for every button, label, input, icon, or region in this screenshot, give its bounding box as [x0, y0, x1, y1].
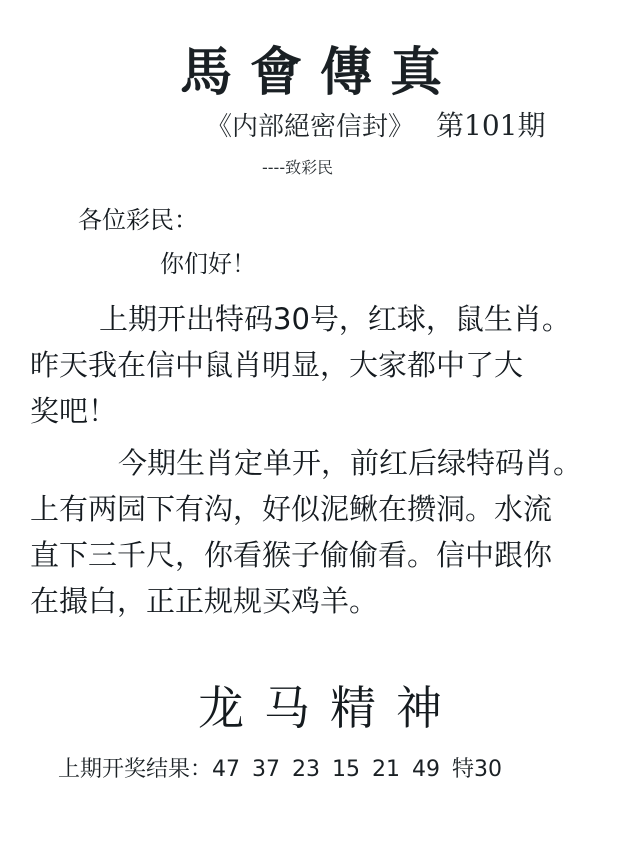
greeting: 各位彩民：	[78, 200, 198, 235]
result-number: 37	[252, 757, 280, 782]
subtitle-line: 《内部絕密信封》第101期	[206, 104, 545, 144]
paragraph-line: 昨天我在信中鼠肖明显，大家都中了大	[30, 342, 610, 388]
result-number: 23	[292, 757, 320, 782]
paragraph-line: 直下三千尺，你看猴子偷偷看。信中跟你	[30, 532, 610, 578]
paragraph-line: 在撮白，正正规规买鸡羊。	[30, 578, 610, 624]
result-label: 上期开奖结果：	[58, 757, 212, 782]
document-title: 馬會傳真	[170, 30, 470, 105]
paragraph-line: 上期开出特码30号，红球，鼠生肖。	[30, 296, 610, 342]
hello-line: 你们好！	[160, 244, 256, 279]
result-number: 15	[332, 757, 360, 782]
paragraph-2: 今期生肖定单开，前红后绿特码肖。 上有两园下有沟，好似泥鳅在攒洞。水流 直下三千…	[30, 440, 610, 624]
result-number: 21	[372, 757, 400, 782]
result-numbers: 473723152149	[212, 757, 452, 782]
issue-number: 第101期	[436, 109, 545, 142]
result-number: 47	[212, 757, 240, 782]
special-number: 特30	[452, 757, 502, 782]
subtitle: 《内部絕密信封》	[206, 112, 414, 142]
paragraph-line: 今期生肖定单开，前红后绿特码肖。	[30, 440, 610, 486]
last-draw-result: 上期开奖结果：473723152149特30	[58, 752, 502, 783]
result-number: 49	[412, 757, 440, 782]
paragraph-line: 上有两园下有沟，好似泥鳅在攒洞。水流	[30, 486, 610, 532]
paragraph-line: 奖吧！	[30, 388, 610, 434]
slogan: 龙马精神	[190, 672, 470, 738]
signature: ----致彩民	[262, 155, 333, 178]
paragraph-1: 上期开出特码30号，红球，鼠生肖。 昨天我在信中鼠肖明显，大家都中了大 奖吧！	[30, 296, 610, 434]
